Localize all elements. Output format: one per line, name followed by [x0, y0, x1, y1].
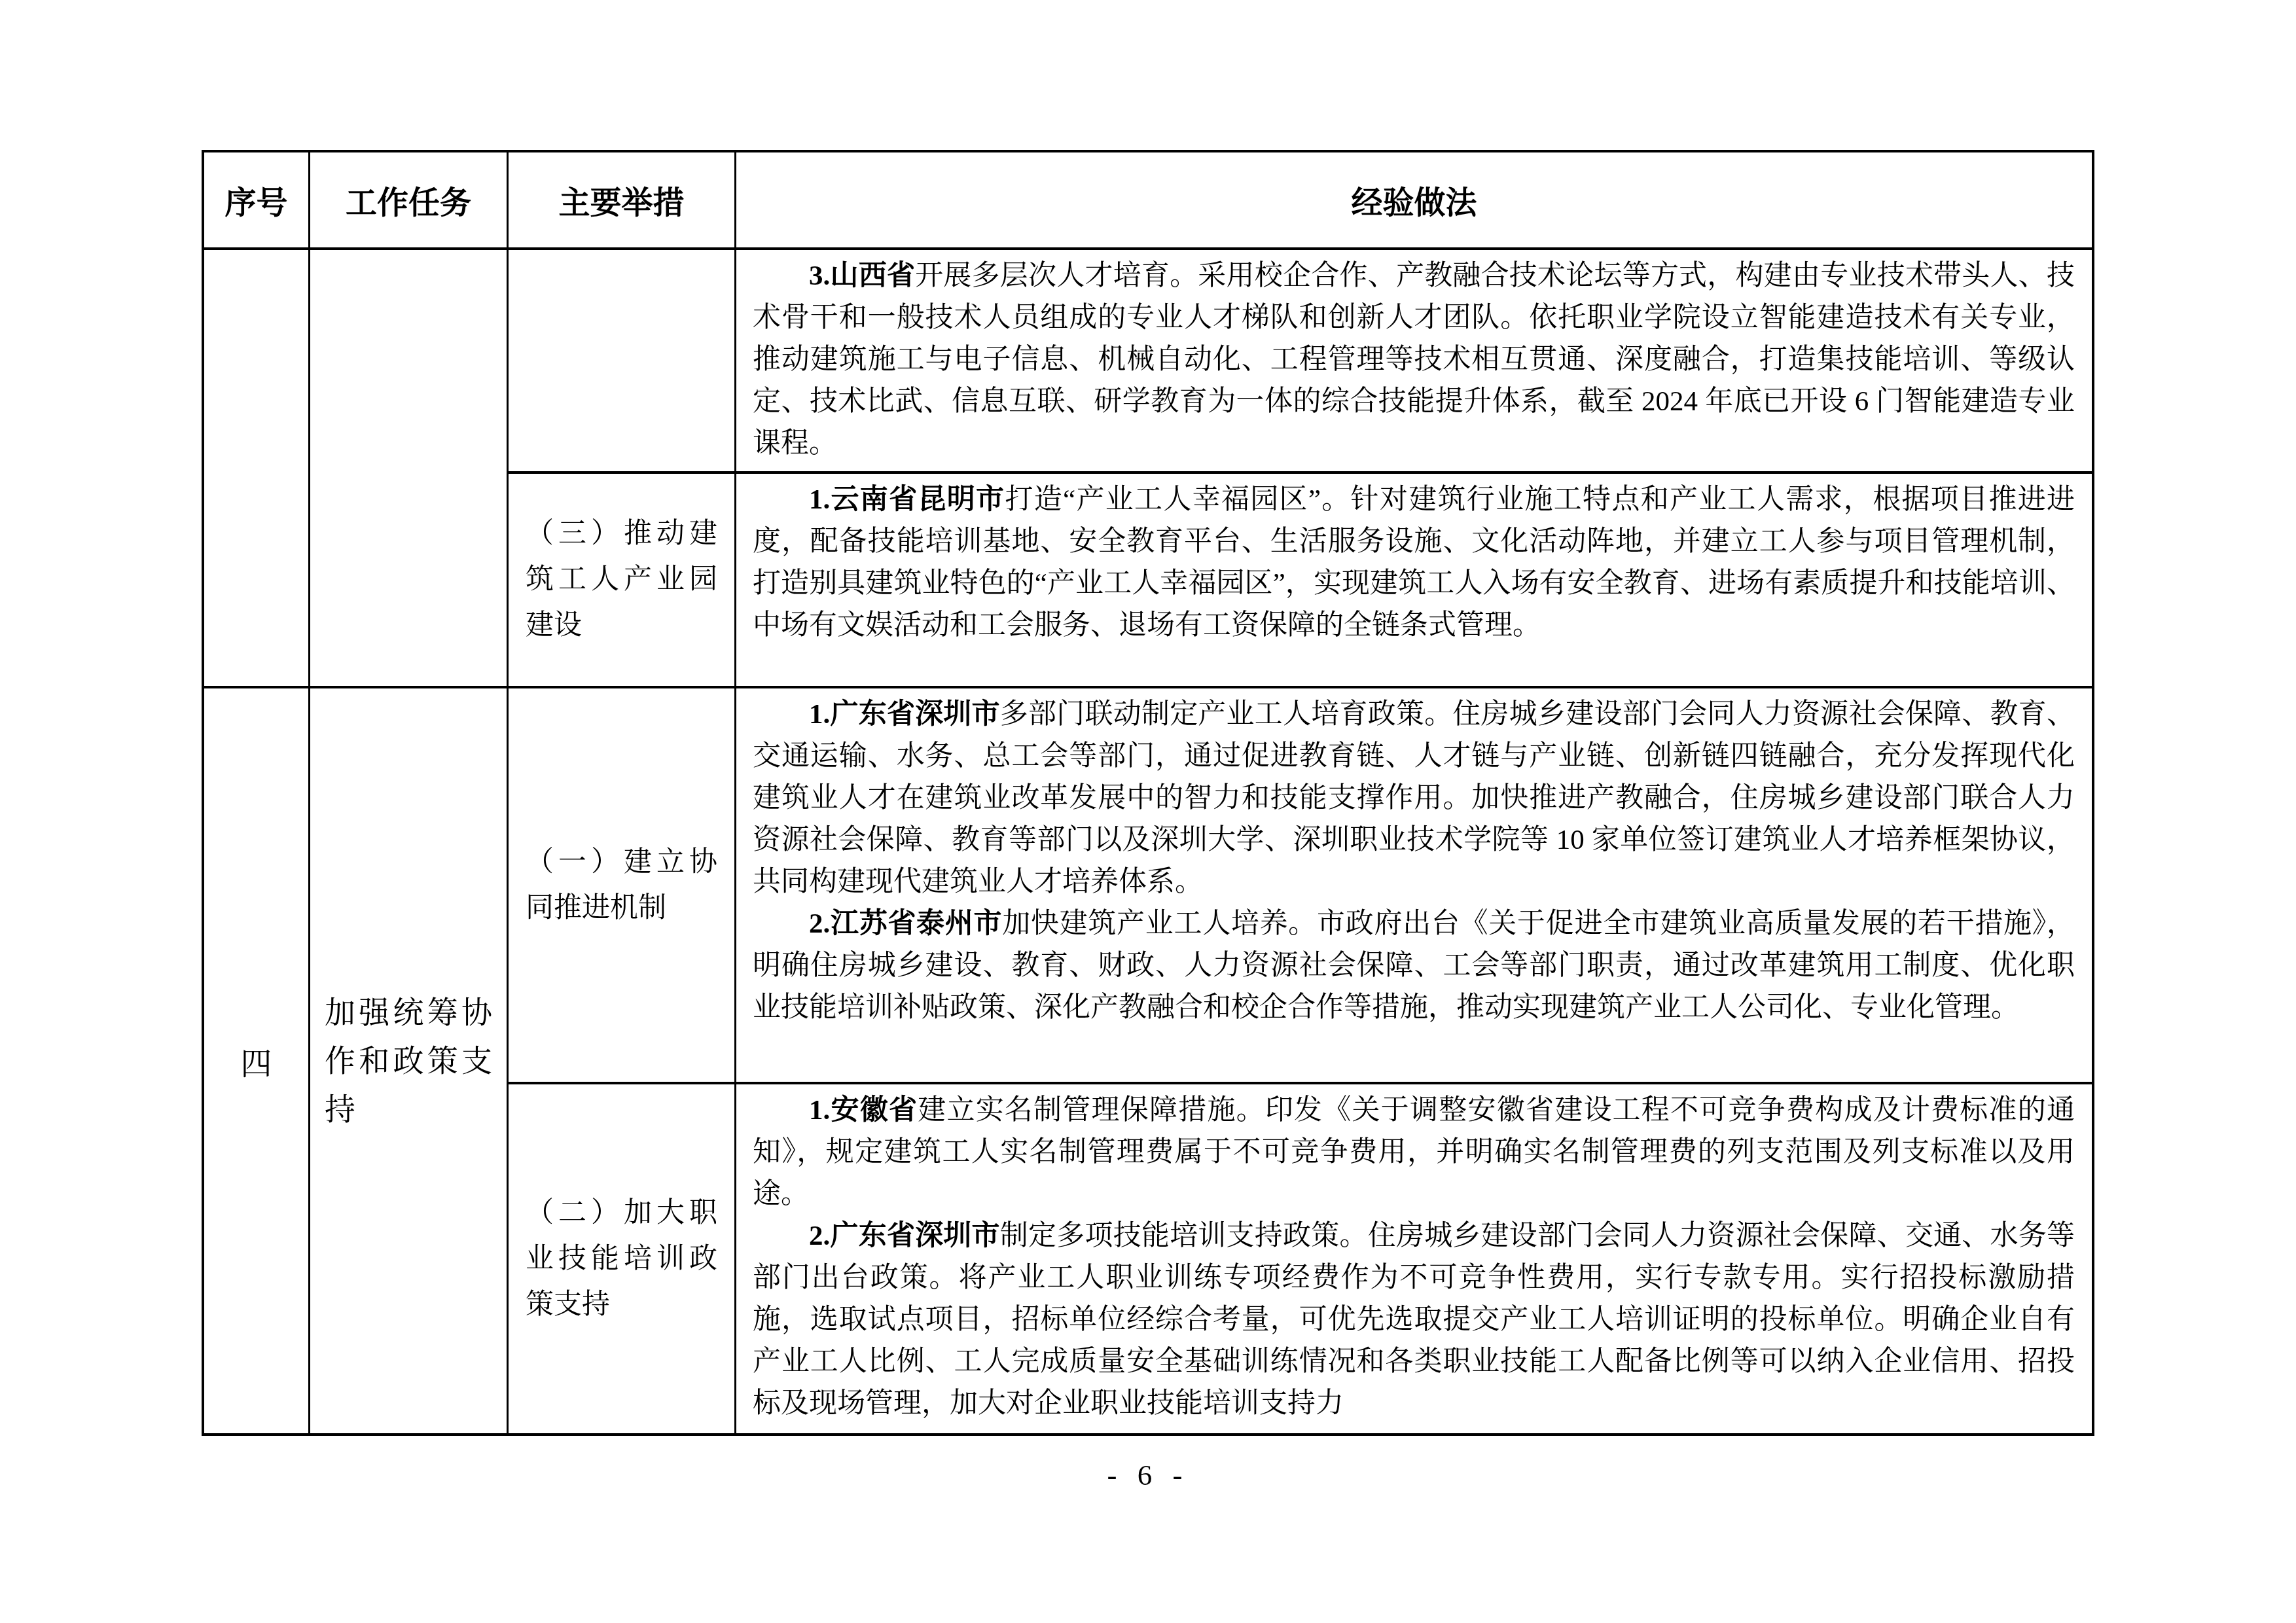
measure-label: （一）建立协同推进机制	[526, 840, 717, 931]
task-cell-coordination: 加强统筹协作和政策支持	[310, 688, 509, 1433]
index-cell-four: 四	[204, 688, 310, 1433]
paragraph-lead: 2.江苏省泰州市	[809, 908, 1002, 939]
measure-cell-empty	[509, 250, 736, 474]
measure-cell-industrial-park: （三）推动建筑工人产业园建设	[509, 474, 736, 688]
header-cell-measures: 主要举措	[509, 152, 736, 250]
header-cell-index: 序号	[204, 152, 310, 250]
paragraph-lead: 2.广东省深圳市	[809, 1221, 1000, 1251]
paragraph: 3.山西省开展多层次人才培育。采用校企合作、产教融合技术论坛等方式，构建由专业技…	[753, 255, 2075, 465]
page-number: - 6 -	[0, 1458, 2296, 1492]
task-label: 加强统筹协作和政策支持	[325, 988, 492, 1133]
paragraph-lead: 3.山西省	[809, 260, 915, 291]
work-plan-table: 序号 工作任务 主要举措 经验做法 3.山西省开展多层次人才培育。采用校企合作、…	[202, 150, 2094, 1436]
experience-cell-kunming: 1.云南省昆明市打造“产业工人幸福园区”。针对建筑行业施工特点和产业工人需求，根…	[736, 474, 2092, 688]
measure-label: （三）推动建筑工人产业园建设	[526, 511, 717, 649]
paragraph-text: 开展多层次人才培育。采用校企合作、产教融合技术论坛等方式，构建由专业技术带头人、…	[753, 260, 2075, 459]
paragraph-text: 建立实名制管理保障措施。印发《关于调整安徽省建设工程不可竞争费构成及计费标准的通…	[753, 1095, 2075, 1209]
paragraph-lead: 1.广东省深圳市	[809, 699, 1000, 730]
paragraph: 1.广东省深圳市多部门联动制定产业工人培育政策。住房城乡建设部门会同人力资源社会…	[753, 694, 2075, 903]
paragraph: 2.广东省深圳市制定多项技能培训支持政策。住房城乡建设部门会同人力资源社会保障、…	[753, 1215, 2075, 1425]
measure-label: （二）加大职业技能培训政策支持	[526, 1190, 717, 1328]
header-cell-experience: 经验做法	[736, 152, 2092, 250]
experience-cell-training: 1.安徽省建立实名制管理保障措施。印发《关于调整安徽省建设工程不可竞争费构成及计…	[736, 1084, 2092, 1433]
paragraph-lead: 1.安徽省	[809, 1095, 918, 1126]
header-cell-task: 工作任务	[310, 152, 509, 250]
paragraph: 1.云南省昆明市打造“产业工人幸福园区”。针对建筑行业施工特点和产业工人需求，根…	[753, 479, 2075, 647]
document-page: 序号 工作任务 主要举措 经验做法 3.山西省开展多层次人才培育。采用校企合作、…	[0, 0, 2296, 1623]
experience-cell-shanxi: 3.山西省开展多层次人才培育。采用校企合作、产教融合技术论坛等方式，构建由专业技…	[736, 250, 2092, 474]
index-cell-empty	[204, 250, 310, 688]
task-cell-empty	[310, 250, 509, 688]
experience-cell-coordination: 1.广东省深圳市多部门联动制定产业工人培育政策。住房城乡建设部门会同人力资源社会…	[736, 688, 2092, 1084]
paragraph-lead: 1.云南省昆明市	[809, 484, 1005, 515]
paragraph: 2.江苏省泰州市加快建筑产业工人培养。市政府出台《关于促进全市建筑业高质量发展的…	[753, 903, 2075, 1029]
measure-cell-coordination-mechanism: （一）建立协同推进机制	[509, 688, 736, 1084]
measure-cell-training-policy: （二）加大职业技能培训政策支持	[509, 1084, 736, 1433]
paragraph: 1.安徽省建立实名制管理保障措施。印发《关于调整安徽省建设工程不可竞争费构成及计…	[753, 1090, 2075, 1215]
